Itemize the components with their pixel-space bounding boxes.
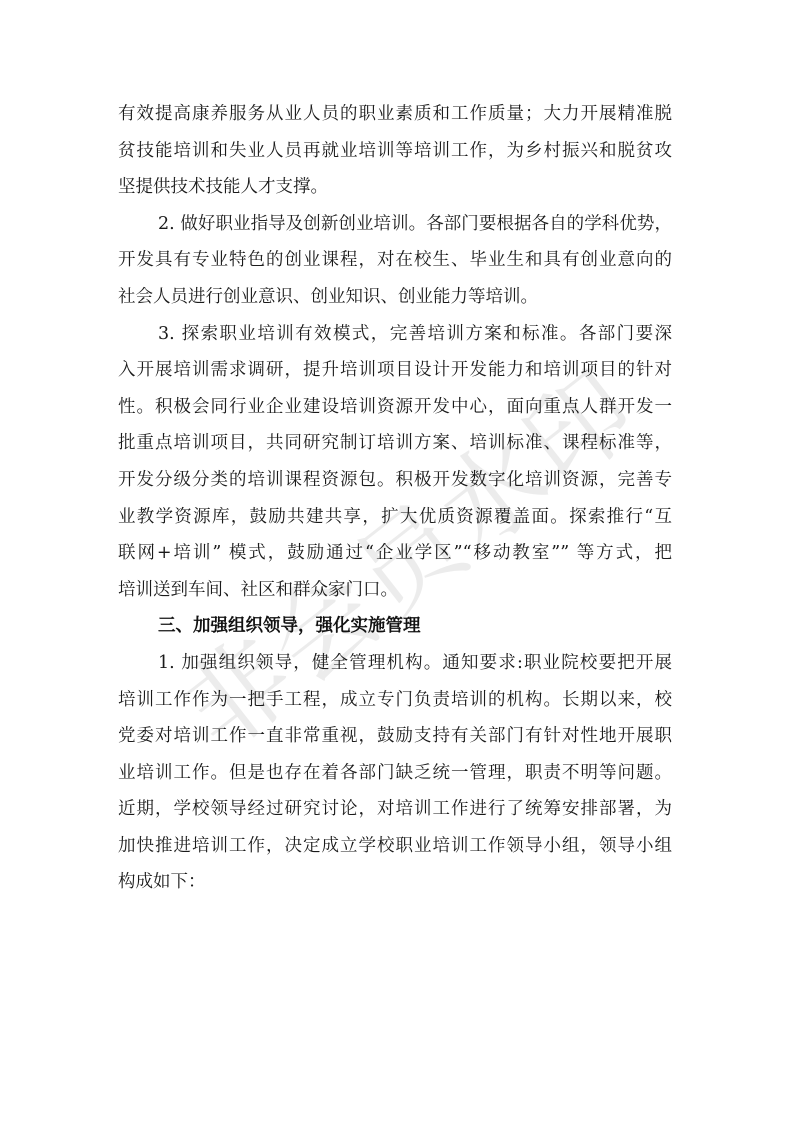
text-line: 3. 探索职业培训有效模式，完善培训方案和标准。各部门要深 xyxy=(118,316,672,353)
text-line: 近期，学校领导经过研究讨论，对培训工作进行了统筹安排部署，为 xyxy=(118,791,672,828)
text-line: 业教学资源库，鼓励共建共享，扩大优质资源覆盖面。探索推行“互 xyxy=(118,499,672,536)
text-line: 培训送到车间、社区和群众家门口。 xyxy=(118,572,672,609)
text-line: 1. 加强组织领导，健全管理机构。通知要求:职业院校要把开展 xyxy=(118,645,672,682)
document-body: 有效提高康养服务从业人员的职业素质和工作质量；大力开展精准脱 贫技能培训和失业人… xyxy=(118,96,672,901)
paragraph-item-2: 2. 做好职业指导及创新创业培训。各部门要根据各自的学科优势， 开发具有专业特色… xyxy=(118,206,672,316)
text-line: 入开展培训需求调研，提升培训项目设计开发能力和培训项目的针对 xyxy=(118,352,672,389)
text-line: 开发具有专业特色的创业课程，对在校生、毕业生和具有创业意向的 xyxy=(118,242,672,279)
text-line: 联网+培训” 模式，鼓励通过“企业学区”“移动教室”” 等方式，把 xyxy=(118,535,672,572)
text-line: 业培训工作。但是也存在着各部门缺乏统一管理，职责不明等问题。 xyxy=(118,755,672,792)
text-line: 加快推进培训工作，决定成立学校职业培训工作领导小组，领导小组 xyxy=(118,828,672,865)
text-line: 2. 做好职业指导及创新创业培训。各部门要根据各自的学科优势， xyxy=(118,206,672,243)
document-page: 非会员水印 有效提高康养服务从业人员的职业素质和工作质量；大力开展精准脱 贫技能… xyxy=(0,0,794,1123)
text-line: 培训工作作为一把手工程，成立专门负责培训的机构。长期以来，校 xyxy=(118,682,672,719)
paragraph-section3-item-1: 1. 加强组织领导，健全管理机构。通知要求:职业院校要把开展 培训工作作为一把手… xyxy=(118,645,672,901)
text-line: 党委对培训工作一直非常重视，鼓励支持有关部门有针对性地开展职 xyxy=(118,718,672,755)
text-line: 坚提供技术技能人才支撑。 xyxy=(118,169,672,206)
paragraph-continuation: 有效提高康养服务从业人员的职业素质和工作质量；大力开展精准脱 贫技能培训和失业人… xyxy=(118,96,672,206)
text-line: 批重点培训项目，共同研究制订培训方案、培训标准、课程标准等， xyxy=(118,425,672,462)
text-line: 开发分级分类的培训课程资源包。积极开发数字化培训资源，完善专 xyxy=(118,462,672,499)
text-line: 有效提高康养服务从业人员的职业素质和工作质量；大力开展精准脱 xyxy=(118,96,672,133)
paragraph-item-3: 3. 探索职业培训有效模式，完善培训方案和标准。各部门要深 入开展培训需求调研，… xyxy=(118,316,672,609)
text-line: 构成如下： xyxy=(118,864,672,901)
text-line: 贫技能培训和失业人员再就业培训等培训工作，为乡村振兴和脱贫攻 xyxy=(118,133,672,170)
section-heading: 三、加强组织领导，强化实施管理 xyxy=(118,608,672,645)
text-line: 性。积极会同行业企业建设培训资源开发中心，面向重点人群开发一 xyxy=(118,389,672,426)
text-line: 社会人员进行创业意识、创业知识、创业能力等培训。 xyxy=(118,279,672,316)
